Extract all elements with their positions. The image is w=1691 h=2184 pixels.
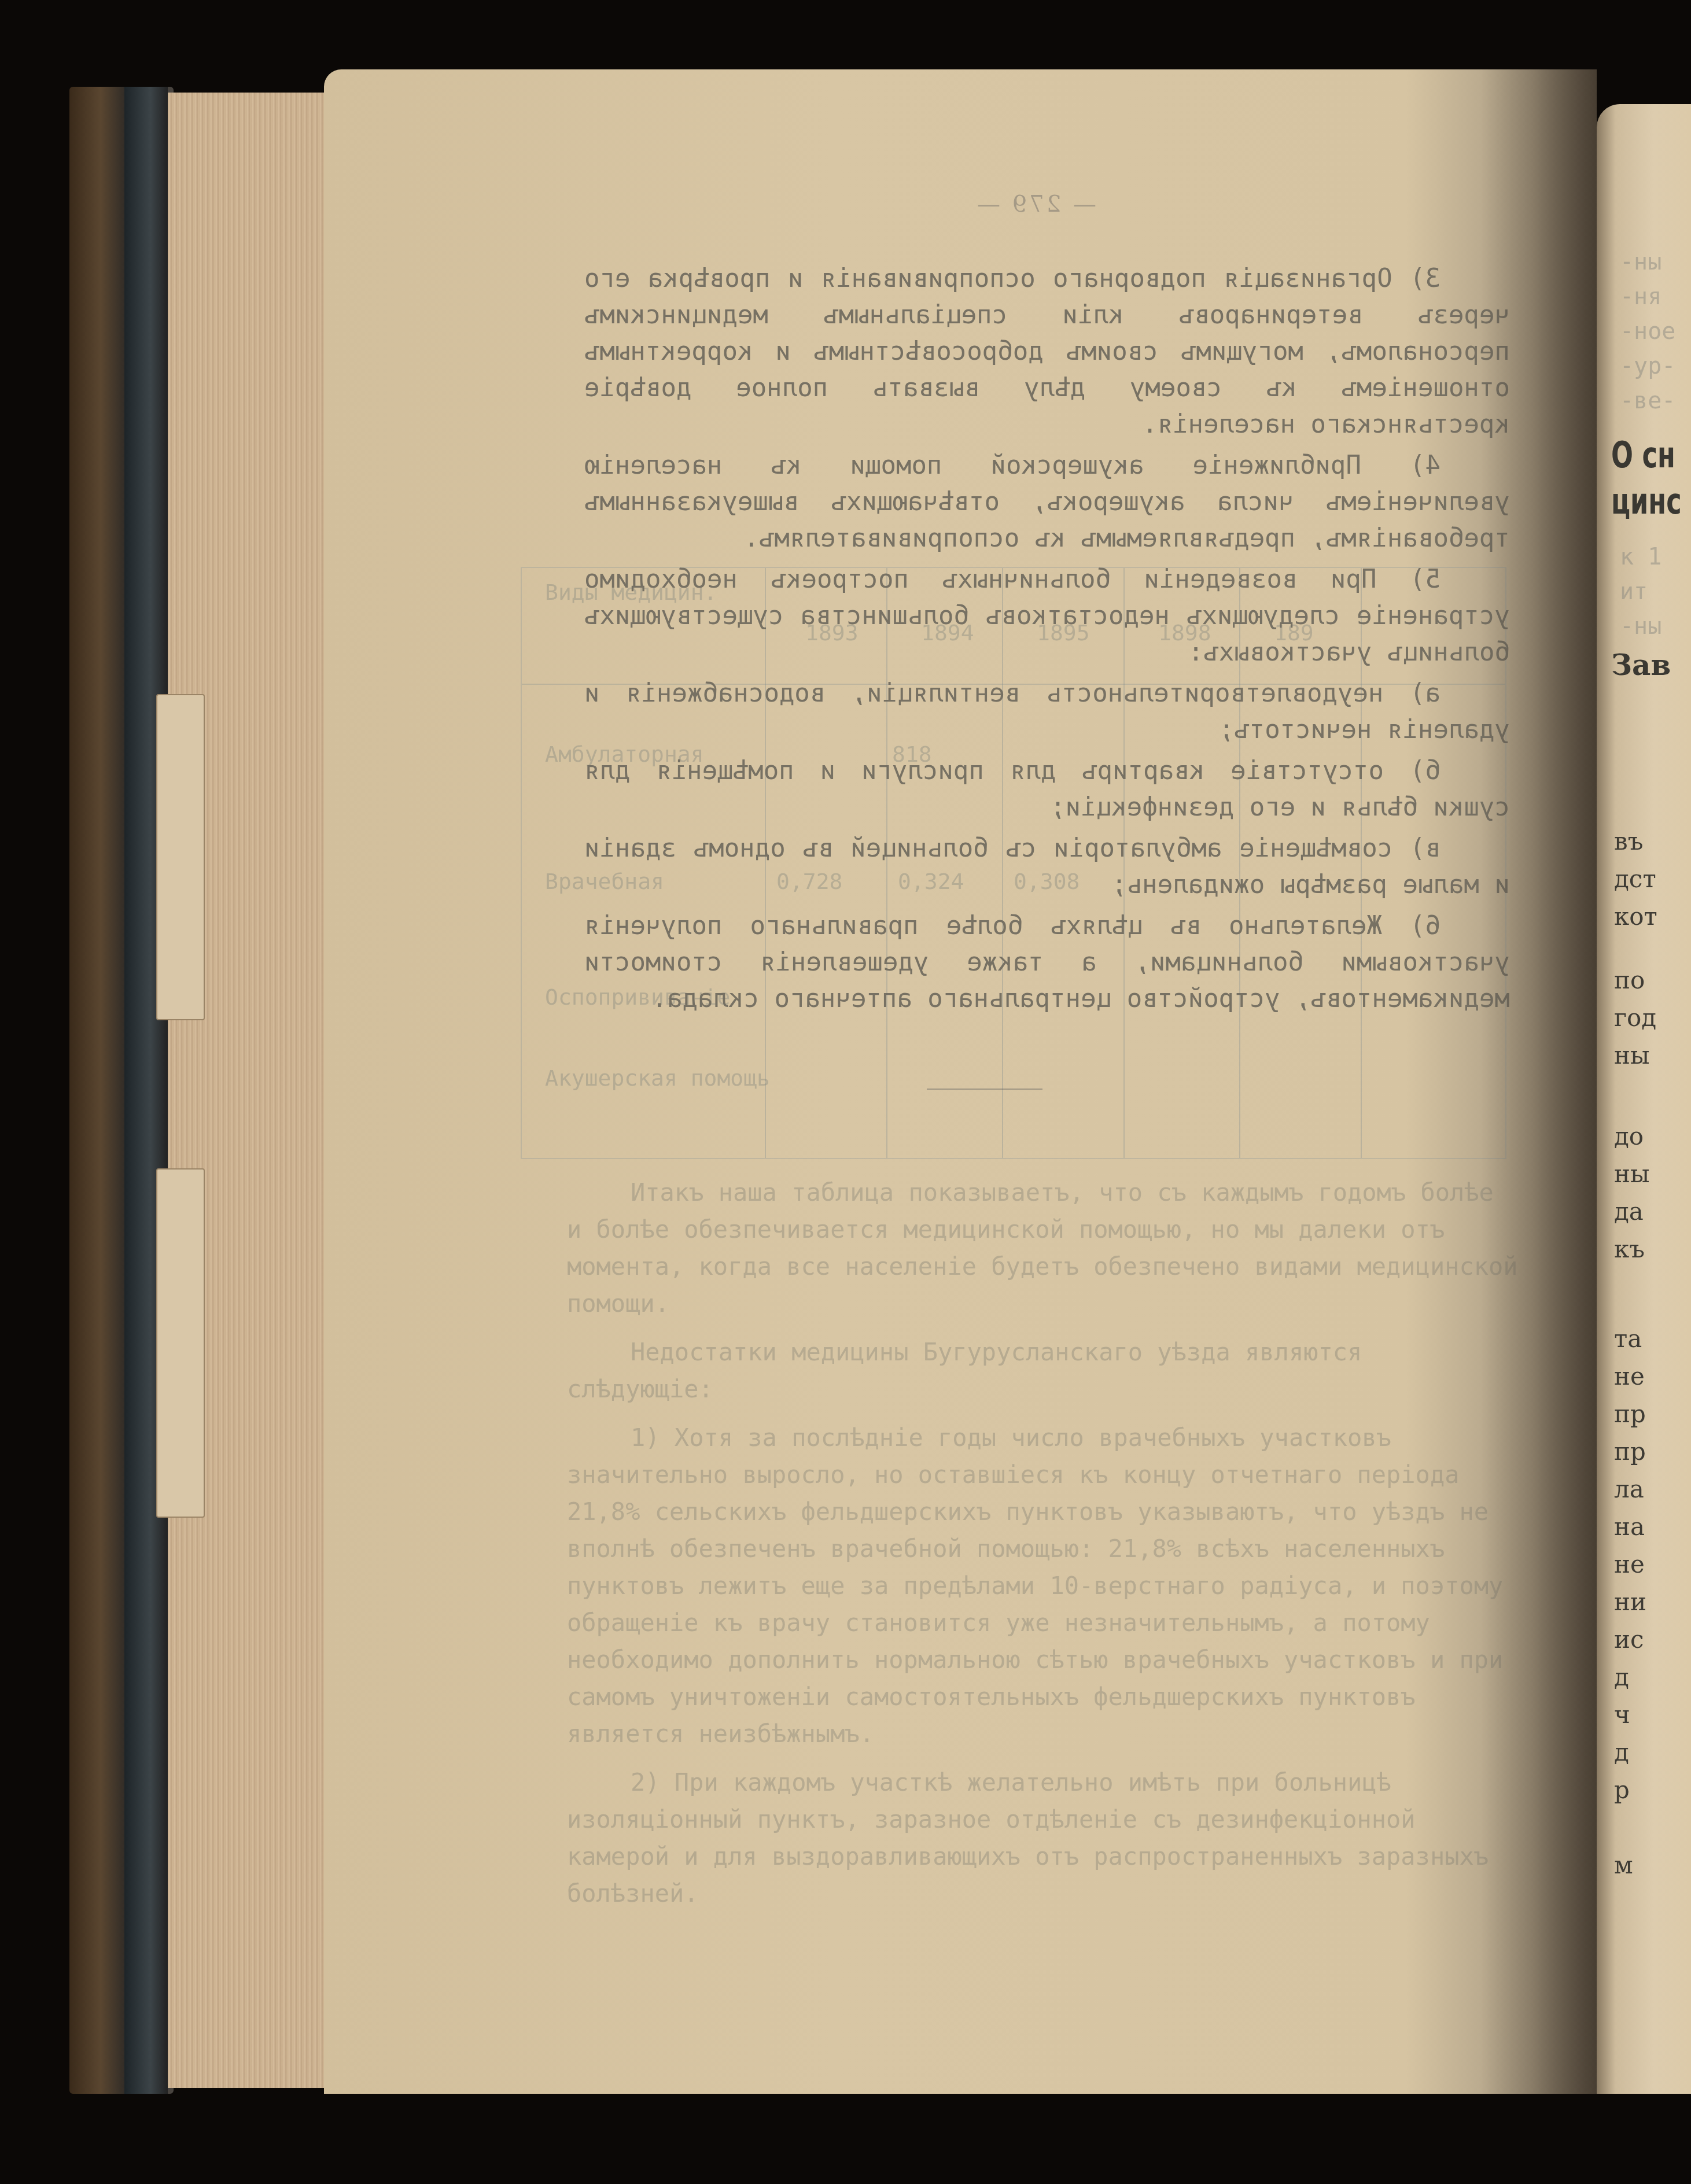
- text-fragment: ны: [1614, 1041, 1649, 1069]
- text-fragment: та: [1614, 1325, 1642, 1353]
- mirrored-paragraph: б) отсутствіе квартиръ для прислуги и по…: [584, 752, 1510, 825]
- faint-line: -ур-: [1620, 353, 1675, 379]
- page-tab-marker: [156, 1168, 205, 1518]
- mirrored-paragraph: 3) Организація подворнаго оспопрививанія…: [584, 260, 1510, 442]
- faint-line: -ное: [1620, 318, 1675, 345]
- ghost-text-block: Итакъ наша таблица показываетъ, что съ к…: [567, 1174, 1521, 1924]
- text-fragment: не: [1614, 1550, 1645, 1578]
- ghost-paragraph: 1) Хотя за послѣдніе годы число врачебны…: [567, 1419, 1521, 1753]
- section-heading: О сн: [1611, 434, 1675, 476]
- text-fragment: дст: [1614, 865, 1656, 893]
- page-tab-marker: [156, 694, 205, 1020]
- text-fragment: къ: [1614, 1235, 1645, 1263]
- text-fragment: ч: [1614, 1700, 1630, 1729]
- ghost-paragraph: 2) При каждомъ участкѣ желательно имѣть …: [567, 1764, 1521, 1912]
- page-number: — 279 —: [949, 191, 1122, 217]
- faint-line: -ны: [1620, 249, 1661, 275]
- text-fragment: ны: [1614, 1160, 1649, 1188]
- text-fragment: ис: [1614, 1625, 1644, 1654]
- ghost-paragraph: Итакъ наша таблица показываетъ, что съ к…: [567, 1174, 1521, 1322]
- text-fragment: год: [1614, 1004, 1656, 1032]
- book-spine-edge: [124, 87, 168, 2094]
- table-rule: [927, 1089, 1042, 1090]
- text-fragment: да: [1614, 1197, 1644, 1226]
- ghost-paragraph: Недостатки медицины Бугурусланскаго уѣзд…: [567, 1334, 1521, 1408]
- text-fragment: на: [1614, 1512, 1645, 1541]
- mirrored-paragraph: 5) При возведеніи больничныхъ построекъ …: [584, 561, 1510, 670]
- text-fragment: пр: [1614, 1437, 1646, 1466]
- right-page: -ны -ня -ное -ур- -ве- О сн цинс к 1 ит …: [1597, 104, 1691, 2094]
- text-fragment: въ: [1614, 827, 1643, 855]
- mirrored-paragraph: а) неудовлетворительность вентиляціи, во…: [584, 675, 1510, 748]
- mirrored-text-block: 3) Организація подворнаго оспопрививанія…: [584, 260, 1510, 1021]
- text-fragment: не: [1614, 1362, 1645, 1390]
- text-fragment: ни: [1614, 1588, 1646, 1616]
- text-fragment: м: [1614, 1851, 1633, 1879]
- text-fragment: р: [1614, 1776, 1630, 1804]
- text-fragment: по: [1614, 966, 1645, 994]
- text-fragment: ла: [1614, 1475, 1644, 1503]
- faint-line: -ня: [1620, 283, 1661, 310]
- scan-background: [0, 2094, 1691, 2184]
- mirrored-paragraph: 6) Желательно въ цѣляхъ болѣе правильнаг…: [584, 907, 1510, 1017]
- table-row-label: Акушерская помощь: [545, 1065, 770, 1091]
- text-fragment: до: [1614, 1122, 1644, 1150]
- faint-line: к 1: [1620, 544, 1661, 570]
- mirrored-paragraph: 4) Приближеніе акушерской помощи къ насе…: [584, 447, 1510, 556]
- text-fragment: пр: [1614, 1400, 1646, 1428]
- text-fragment: кот: [1614, 902, 1657, 931]
- text-fragment: д: [1614, 1738, 1629, 1766]
- section-heading: цинс: [1611, 480, 1682, 522]
- gutter-shadow: [1481, 69, 1597, 2094]
- faint-line: ит: [1620, 578, 1648, 605]
- subheading: Зав: [1611, 648, 1671, 682]
- text-fragment: д: [1614, 1663, 1629, 1691]
- faint-line: -ве-: [1620, 388, 1675, 414]
- page-edges: [168, 93, 336, 2088]
- faint-line: -ны: [1620, 613, 1661, 640]
- mirrored-paragraph: в) совмѣщеніе амбулаторіи съ больницей в…: [584, 830, 1510, 903]
